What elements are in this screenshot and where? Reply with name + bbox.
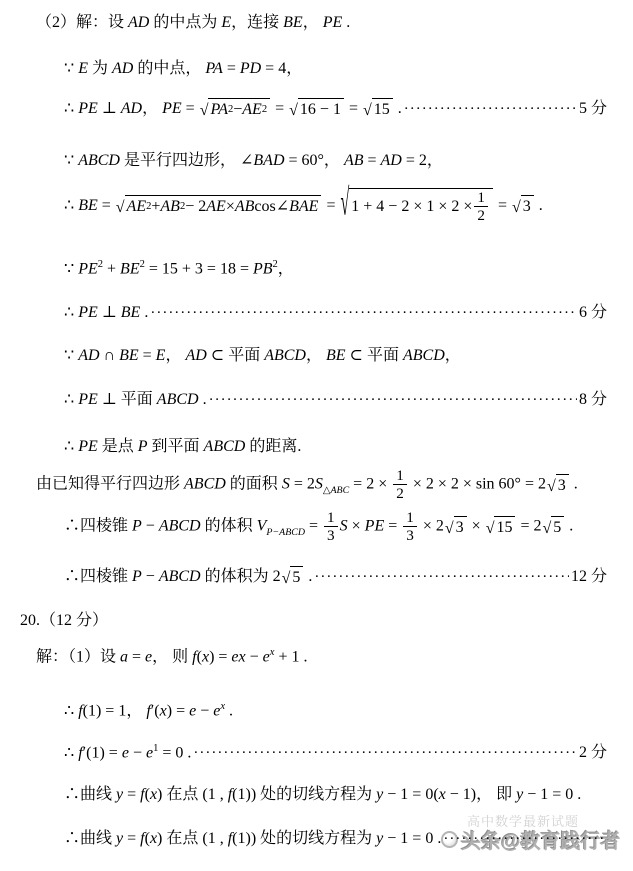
line-content: ∴四棱锥 P − ABCD 的体积 VP−ABCD = 13S × PE = 1… — [64, 509, 573, 545]
fraction: 12 — [474, 189, 488, 225]
solution-line-17: ∴ f′(1) = e − e1 = 0 .··················… — [64, 742, 607, 764]
score-label: 2 分 — [579, 742, 607, 764]
line-content: ∴ f′(1) = e − e1 = 0 . — [64, 742, 191, 764]
solution-line-1: （2）解：设 AD 的中点为 E，连接 BE， PE . — [36, 12, 607, 34]
document-page: 高中数学最新试题 头条@教育践行者 （2）解：设 AD 的中点为 E，连接 BE… — [0, 0, 633, 871]
line-content: ∵ AD ∩ BE = E， AD ⊂ 平面 ABCD， BE ⊂ 平面 ABC… — [64, 345, 461, 367]
fraction: 13 — [403, 509, 417, 545]
solution-line-18: ∴曲线 y = f(x) 在点 (1 , f(1)) 处的切线方程为 y − 1… — [64, 784, 607, 806]
solution-line-5: ∴ BE = √AE2 + AB2 − 2AE × AB cos∠BAE = √… — [64, 188, 607, 225]
solution-line-11: 由已知得平行四边形 ABCD 的面积 S = 2S△ABC = 2 × 12 ×… — [36, 467, 607, 503]
solution-line-3: ∴ PE ⊥ AD， PE = √PA2 − AE2 = √16 − 1 = √… — [64, 98, 607, 121]
dot-leader: ········································… — [209, 390, 577, 410]
line-content: 20.（12 分） — [20, 610, 108, 632]
score-label: 8 分 — [579, 389, 607, 411]
radical-sign: √ — [340, 184, 349, 227]
solution-line-19: ∴曲线 y = f(x) 在点 (1 , f(1)) 处的切线方程为 y − 1… — [64, 828, 607, 850]
radical-sign: √ — [543, 520, 552, 538]
solution-line-14: 20.（12 分） — [20, 610, 607, 632]
line-content: ∴ PE ⊥ AD， PE = √PA2 − AE2 = √16 − 1 = √… — [64, 98, 402, 121]
square-root: √5 — [282, 566, 304, 589]
square-root: √3 — [547, 474, 569, 497]
square-root: √3 — [512, 195, 534, 218]
line-content: ∵ E 为 AD 的中点， PA = PD = 4， — [64, 58, 302, 80]
square-root: √AE2 + AB2 − 2AE × AB cos∠BAE — [116, 195, 322, 218]
solution-line-8: ∵ AD ∩ BE = E， AD ⊂ 平面 ABCD， BE ⊂ 平面 ABC… — [64, 345, 607, 367]
score-label: 5 分 — [579, 98, 607, 120]
radical-sign: √ — [486, 520, 495, 538]
radical-sign: √ — [116, 199, 125, 217]
line-content: 由已知得平行四边形 ABCD 的面积 S = 2S△ABC = 2 × 12 ×… — [36, 467, 578, 503]
line-content: ∵ ABCD 是平行四边形， ∠BAD = 60°， AB = AD = 2， — [64, 150, 443, 172]
radical-sign: √ — [200, 102, 209, 120]
score-label: 6 分 — [579, 302, 607, 324]
line-content: （2）解：设 AD 的中点为 E，连接 BE， PE . — [36, 12, 350, 34]
dot-leader: ········································… — [150, 303, 577, 323]
solution-line-16: ∴ f(1) = 1， f′(x) = e − ex . — [64, 700, 607, 722]
solution-line-9: ∴ PE ⊥ 平面 ABCD . ·······················… — [64, 389, 607, 411]
square-root: √PA2 − AE2 — [200, 98, 270, 121]
line-content: ∴ PE ⊥ BE . — [64, 302, 148, 324]
solution-line-4: ∵ ABCD 是平行四边形， ∠BAD = 60°， AB = AD = 2， — [64, 150, 607, 172]
solution-line-10: ∴ PE 是点 P 到平面 ABCD 的距离. — [64, 436, 607, 458]
fraction: 12 — [393, 467, 407, 503]
radical-sign: √ — [289, 102, 298, 120]
square-root: √16 − 1 — [289, 98, 344, 121]
square-root: √5 — [543, 516, 565, 539]
radical-sign: √ — [512, 199, 521, 217]
dot-leader: ········································… — [443, 829, 605, 849]
line-content: ∴ BE = √AE2 + AB2 − 2AE × AB cos∠BAE = √… — [64, 188, 543, 225]
square-root: √3 — [445, 516, 467, 539]
line-content: ∵ PE2 + BE2 = 15 + 3 = 18 = PB2， — [64, 258, 294, 280]
solution-line-13: ∴四棱锥 P − ABCD 的体积为 2√5 .················… — [64, 566, 607, 589]
radical-sign: √ — [547, 478, 556, 496]
dot-leader: ········································… — [404, 99, 577, 119]
score-label: 12 分 — [571, 566, 607, 588]
solution-line-7: ∴ PE ⊥ BE .·····························… — [64, 302, 607, 324]
dot-leader: ········································… — [314, 567, 569, 587]
line-content: ∴曲线 y = f(x) 在点 (1 , f(1)) 处的切线方程为 y − 1… — [64, 784, 581, 806]
line-content: ∴曲线 y = f(x) 在点 (1 , f(1)) 处的切线方程为 y − 1… — [64, 828, 441, 850]
dot-leader: ········································… — [193, 743, 577, 763]
square-root: √1 + 4 − 2 × 1 × 2 × 12 — [340, 188, 493, 225]
line-content: 解：（1）设 a = e， 则 f(x) = ex − ex + 1 . — [36, 646, 307, 668]
solution-line-2: ∵ E 为 AD 的中点， PA = PD = 4， — [64, 58, 607, 80]
fraction: 13 — [324, 509, 338, 545]
line-content: ∴四棱锥 P − ABCD 的体积为 2√5 . — [64, 566, 312, 589]
solution-line-12: ∴四棱锥 P − ABCD 的体积 VP−ABCD = 13S × PE = 1… — [64, 509, 607, 545]
radical-sign: √ — [363, 102, 372, 120]
solution-line-15: 解：（1）设 a = e， 则 f(x) = ex − ex + 1 . — [36, 646, 607, 668]
square-root: √15 — [486, 516, 516, 539]
radical-sign: √ — [282, 570, 291, 588]
line-content: ∴ PE 是点 P 到平面 ABCD 的距离. — [64, 436, 301, 458]
line-content: ∴ PE ⊥ 平面 ABCD . — [64, 389, 207, 411]
line-content: ∴ f(1) = 1， f′(x) = e − ex . — [64, 700, 233, 722]
solution-line-6: ∵ PE2 + BE2 = 15 + 3 = 18 = PB2， — [64, 258, 607, 280]
radical-sign: √ — [445, 520, 454, 538]
square-root: √15 — [363, 98, 393, 121]
